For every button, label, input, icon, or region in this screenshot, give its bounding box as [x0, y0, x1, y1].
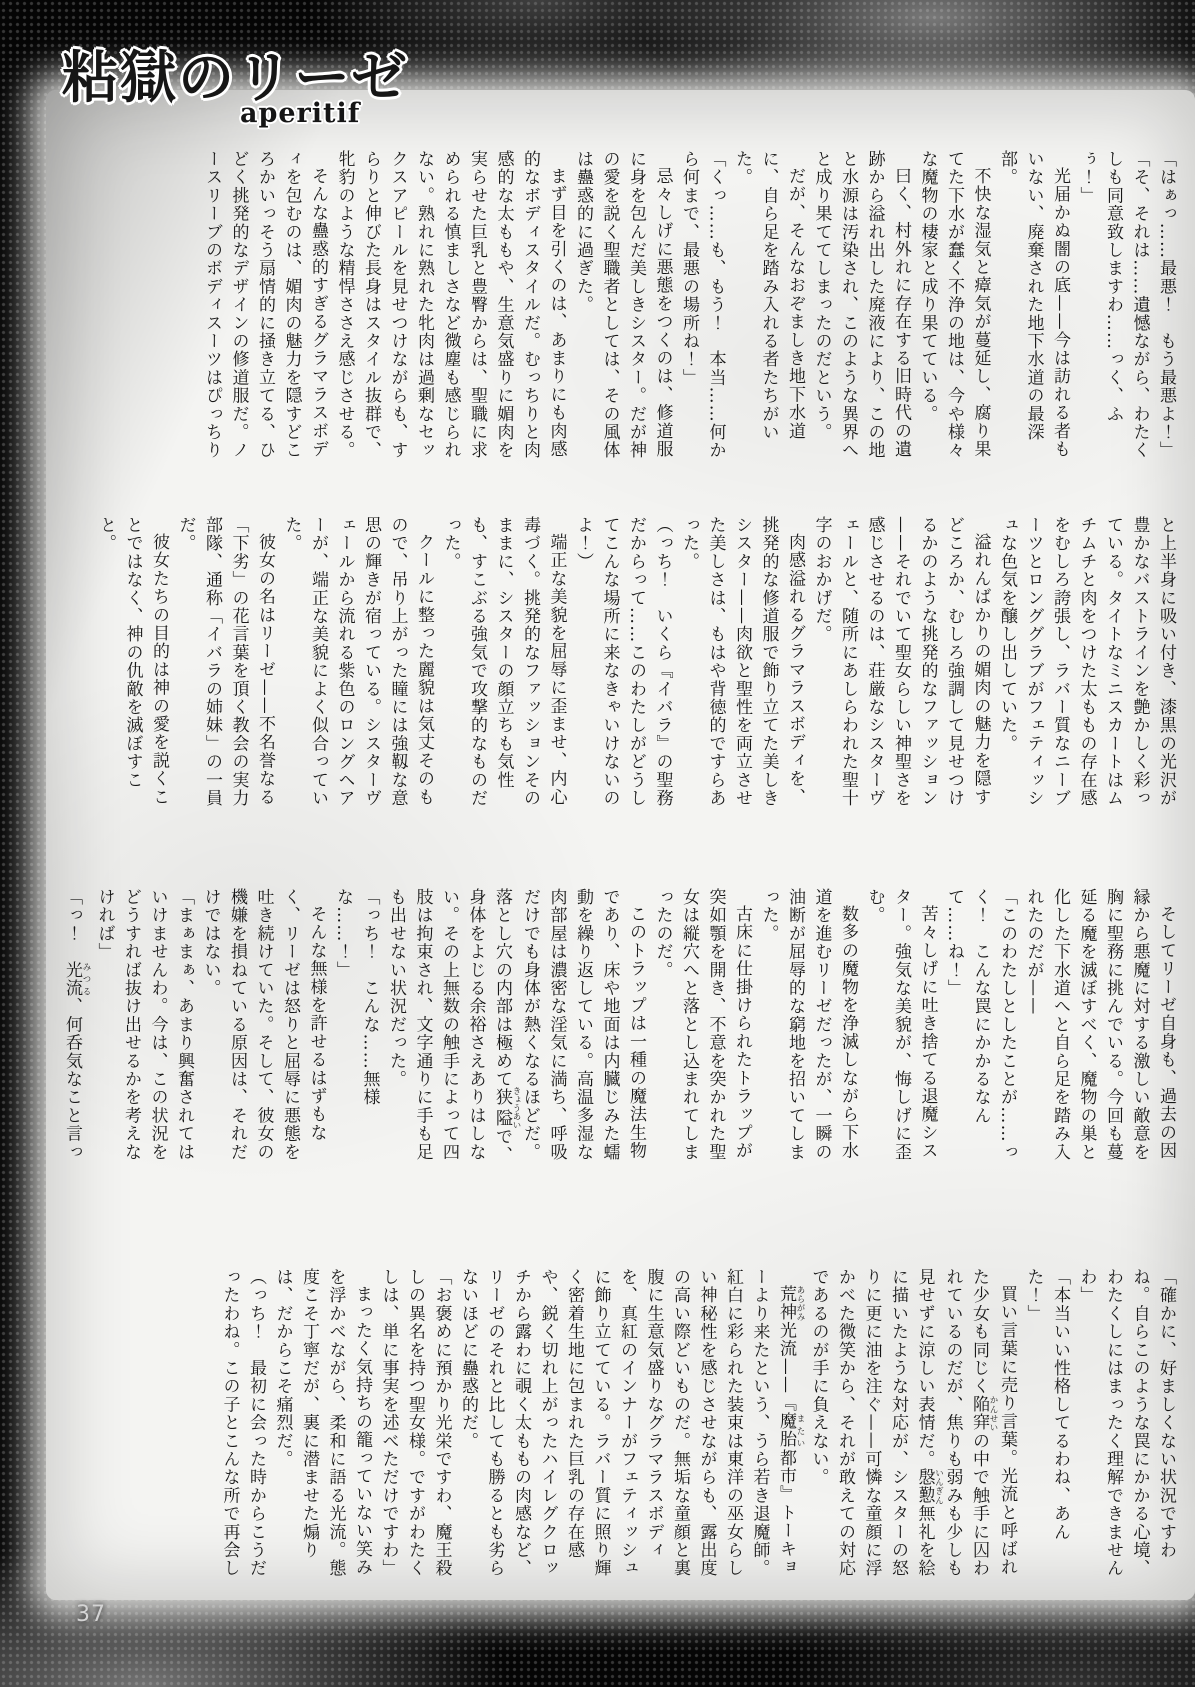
page-number: 37 [76, 1602, 106, 1627]
paragraph: 肉感溢れるグラマラスボディを、挑発的な修道服で飾り立てた美しきシスター——肉欲と… [676, 516, 809, 813]
paragraph: （っち！ 最初に会った時からこうだったわね。この子とこんな所で再会し [216, 1268, 269, 1587]
paragraph: 「はぁっ……最悪！ もう最悪よ！」 [1153, 150, 1180, 463]
paragraph: 「このわたしとしたことが……っく！ こんな罠にかかるなんて……ね！」 [941, 888, 1021, 1169]
paragraph: クールに整った麗貌は気丈そのもので、吊り上がった瞳には強靱な意思の輝きが宿ってい… [278, 516, 437, 813]
paragraph: 曰く、村外れに存在する旧時代の遺跡から溢れ出した廃液により、この地と水源は汚染さ… [808, 150, 914, 463]
title-block: 粘獄のリーゼ aperitif [62, 34, 409, 129]
paragraph: 「っち！ こんな……無様な……！」 [330, 888, 383, 1169]
paragraph: まず目を引くのは、あまりにも肉感的なボディスタイルだ。むっちりと肉感的な太ももや… [331, 150, 570, 463]
paragraph: 彼女たちの目的は神の愛を説くことではなく、神の仇敵を滅ぼすこと。 [93, 516, 173, 813]
paragraph: 「まぁまぁ、あまり興奮されてはいけませんわ。今は、この状況をどうすれば抜け出せる… [91, 888, 197, 1169]
paragraph: そしてリーゼ自身も、過去の因縁から悪魔に対する激しい敵意を胸に聖務に挑んでいる。… [1020, 888, 1179, 1169]
paragraph: 「お褒めに預かり光栄ですわ、魔王殺しの異名を持つ聖女様。ですがわたくしは、単に事… [375, 1268, 455, 1587]
paragraph: 「そ、それは……遺憾ながら、わたくしも同意致しますわ……っく、ふぅ！」 [1073, 150, 1153, 463]
paragraph: 「確かに、好ましくない状況ですわね。自らこのような罠にかかる心境、わたくしにはま… [1073, 1268, 1179, 1587]
paragraph: 古床に仕掛けられたトラップが突如顎を開き、不意を突かれた聖女は縦穴へと落とし込ま… [649, 888, 755, 1169]
paragraph: 買い言葉に売り言葉。光流と呼ばれた少女も同じく陥穽かんせいの中で触手に囚われてい… [805, 1268, 1020, 1587]
paragraph: 不快な湿気と瘴気が蔓延し、腐り果てた下水が蠢く不浄の地は、今や様々な魔物の棲家と… [914, 150, 994, 463]
paragraph: 光届かぬ闇の底——今は訪れる者もいない、廃棄された地下水道の最深部。 [994, 150, 1074, 463]
paragraph: だが、そんなおぞましき地下水道に、自ら足を踏み入れる者たちがいた。 [729, 150, 809, 463]
text-band-1: 「はぁっ……最悪！ もう最悪よ！」「そ、それは……遺憾ながら、わたくしも同意致し… [59, 150, 1179, 463]
text-band-4: 「確かに、好ましくない状況ですわね。自らこのような罠にかかる心境、わたくしにはま… [59, 1268, 1179, 1587]
paragraph: 彼女の名はリーゼ——不名誉なる「下劣」の花言葉を頂く教会の実力部隊、通称「イバラ… [172, 516, 278, 813]
paragraph: 忌々しげに悪態をつくのは、修道服に身を包んだ美しきシスター。だが神の愛を説く聖職… [570, 150, 676, 463]
paragraph: 溢れんばかりの媚肉の魅力を隠すどころか、むしろ強調して見せつけるかのような挑発的… [808, 516, 994, 813]
manga-novel-page: 粘獄のリーゼ aperitif 「はぁっ……最悪！ もう最悪よ！」「そ、それは…… [0, 0, 1195, 1687]
paragraph: 数多の魔物を浄滅しながら下水道を進むリーゼだったが、一瞬の油断が屈辱的な窮地を招… [755, 888, 861, 1169]
paragraph: 苦々しげに吐き捨てる退魔シスター。強気な美貌が、悔しげに歪む。 [861, 888, 941, 1169]
paragraph: まったく気持ちの籠っていない笑みを浮かべながら、柔和に語る光流。態度こそ丁寧だが… [269, 1268, 375, 1587]
text-band-2: と上半身に吸い付き、漆黒の光沢が豊かなバストラインを艶かしく彩っている。タイトな… [59, 516, 1179, 813]
text-band-3: そしてリーゼ自身も、過去の因縁から悪魔に対する激しい敵意を胸に聖務に挑んでいる。… [59, 888, 1179, 1169]
paragraph: そんな蠱惑的すぎるグラマラスボディを包むのは、媚肉の魅力を隠すどころかいっそう扇… [199, 150, 332, 463]
paragraph: 荒神あらがみ光流——『魔胎またい都市』トーキョーより来たという、うら若き退魔師。… [455, 1268, 806, 1587]
paragraph: そんな無様を許せるはずもなく、リーゼは怒りと屈辱に悪態を吐き続けていた。そして、… [197, 888, 330, 1169]
paragraph: 端正な美貌を屈辱に歪ませ、内心毒づく。挑発的なファッションそのままに、シスターの… [437, 516, 570, 813]
paragraph: （っち！ いくら『イバラ』の聖務だからって……このわたしがどうしてこんな場所に来… [570, 516, 676, 813]
paragraph: 「くっ……も、もう！ 本当……何から何まで、最悪の場所ね！」 [676, 150, 729, 463]
paragraph: と上半身に吸い付き、漆黒の光沢が豊かなバストラインを艶かしく彩っている。タイトな… [994, 516, 1180, 813]
paragraph: 「本当いい性格してるわね、あんた！」 [1020, 1268, 1073, 1587]
paragraph: このトラップは一種の魔法生物であり、床や地面は内臓じみた蠕動を繰り返している。高… [383, 888, 650, 1169]
paragraph: 「っ！ 光流みつる、何呑気なこと言ってるのよ！ こんな状況、とっとと……」 [59, 888, 91, 1169]
